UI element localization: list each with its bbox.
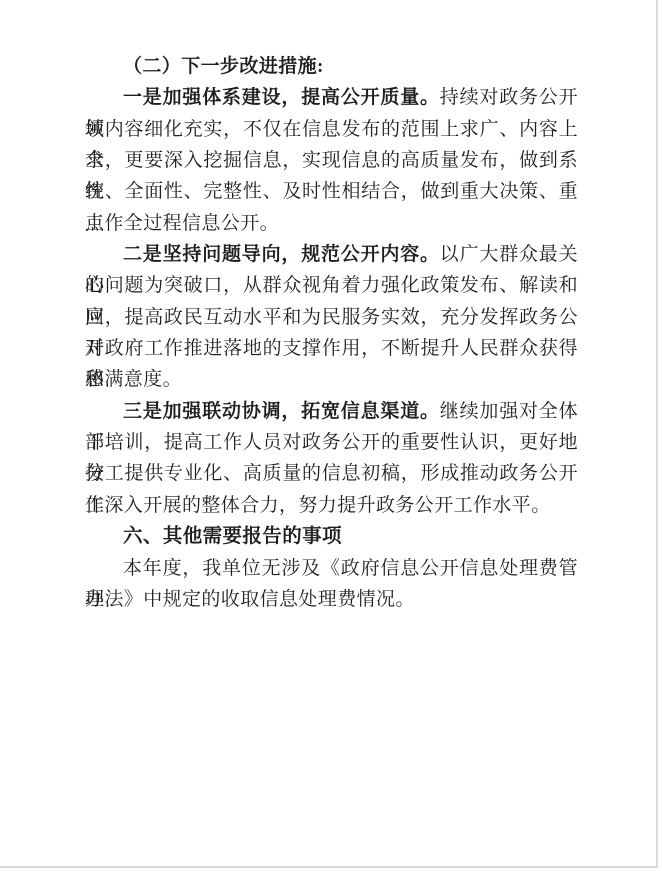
page-edge-bottom: [0, 866, 658, 868]
text-line: 一是加强体系建设，提高公开质量。持续对政务公开领: [85, 82, 578, 113]
text-line: 办法》中规定的收取信息处理费情况。: [85, 584, 578, 615]
text-line: 分工提供专业化、高质量的信息初稿，形成推动政务公开工: [85, 458, 578, 489]
text-line: 应，提高政民互动水平和为民服务实效，充分发挥政务公开: [85, 302, 578, 333]
text-line: （二）下一步改进措施:: [85, 51, 578, 82]
text-line: 和满意度。: [85, 364, 578, 395]
text-line: 域内容细化充实，不仅在信息发布的范围上求广、内容上求: [85, 114, 578, 145]
text-line: 工作全过程信息公开。: [85, 208, 578, 239]
section-heading: 六、其他需要报告的事项: [85, 521, 578, 552]
text-segment: 工作全过程信息公开。: [85, 213, 279, 234]
bold-text-segment: 三是加强联动协调，拓宽信息渠道。: [123, 401, 440, 422]
document-text: （二）下一步改进措施:一是加强体系建设，提高公开质量。持续对政务公开领域内容细化…: [85, 51, 578, 615]
text-segment: 和满意度。: [85, 369, 182, 390]
text-line: 二是坚持问题导向，规范公开内容。以广大群众最关心: [85, 239, 578, 270]
text-line: 性、全面性、完整性、及时性相结合，做到重大决策、重点: [85, 176, 578, 207]
bold-text-segment: 六、其他需要报告的事项: [123, 525, 342, 547]
text-line: 本年度，我单位无涉及《政府信息公开信息处理费管理: [85, 553, 578, 584]
text-segment: 办法》中规定的收取信息处理费情况。: [85, 589, 415, 610]
text-line: 的问题为突破口，从群众视角着力强化政策发布、解读和回: [85, 270, 578, 301]
page-edge-right: [656, 0, 658, 867]
text-line: 对政府工作推进落地的支撑作用，不断提升人民群众获得感: [85, 333, 578, 364]
text-line: 三是加强联动协调，拓宽信息渠道。继续加强对全体干: [85, 396, 578, 427]
bold-text-segment: 一是加强体系建设，提高公开质量。: [123, 87, 440, 108]
text-line: 部培训，提高工作人员对政务公开的重要性认识，更好地按: [85, 427, 578, 458]
document-page: （二）下一步改进措施:一是加强体系建设，提高公开质量。持续对政务公开领域内容细化…: [0, 0, 662, 871]
text-line: 全，更要深入挖掘信息，实现信息的高质量发布，做到系统: [85, 145, 578, 176]
bold-text-segment: （二）下一步改进措施:: [123, 56, 324, 77]
text-line: 作深入开展的整体合力，努力提升政务公开工作水平。: [85, 490, 578, 521]
text-segment: 作深入开展的整体合力，努力提升政务公开工作水平。: [85, 495, 551, 516]
bold-text-segment: 二是坚持问题导向，规范公开内容。: [123, 244, 440, 265]
